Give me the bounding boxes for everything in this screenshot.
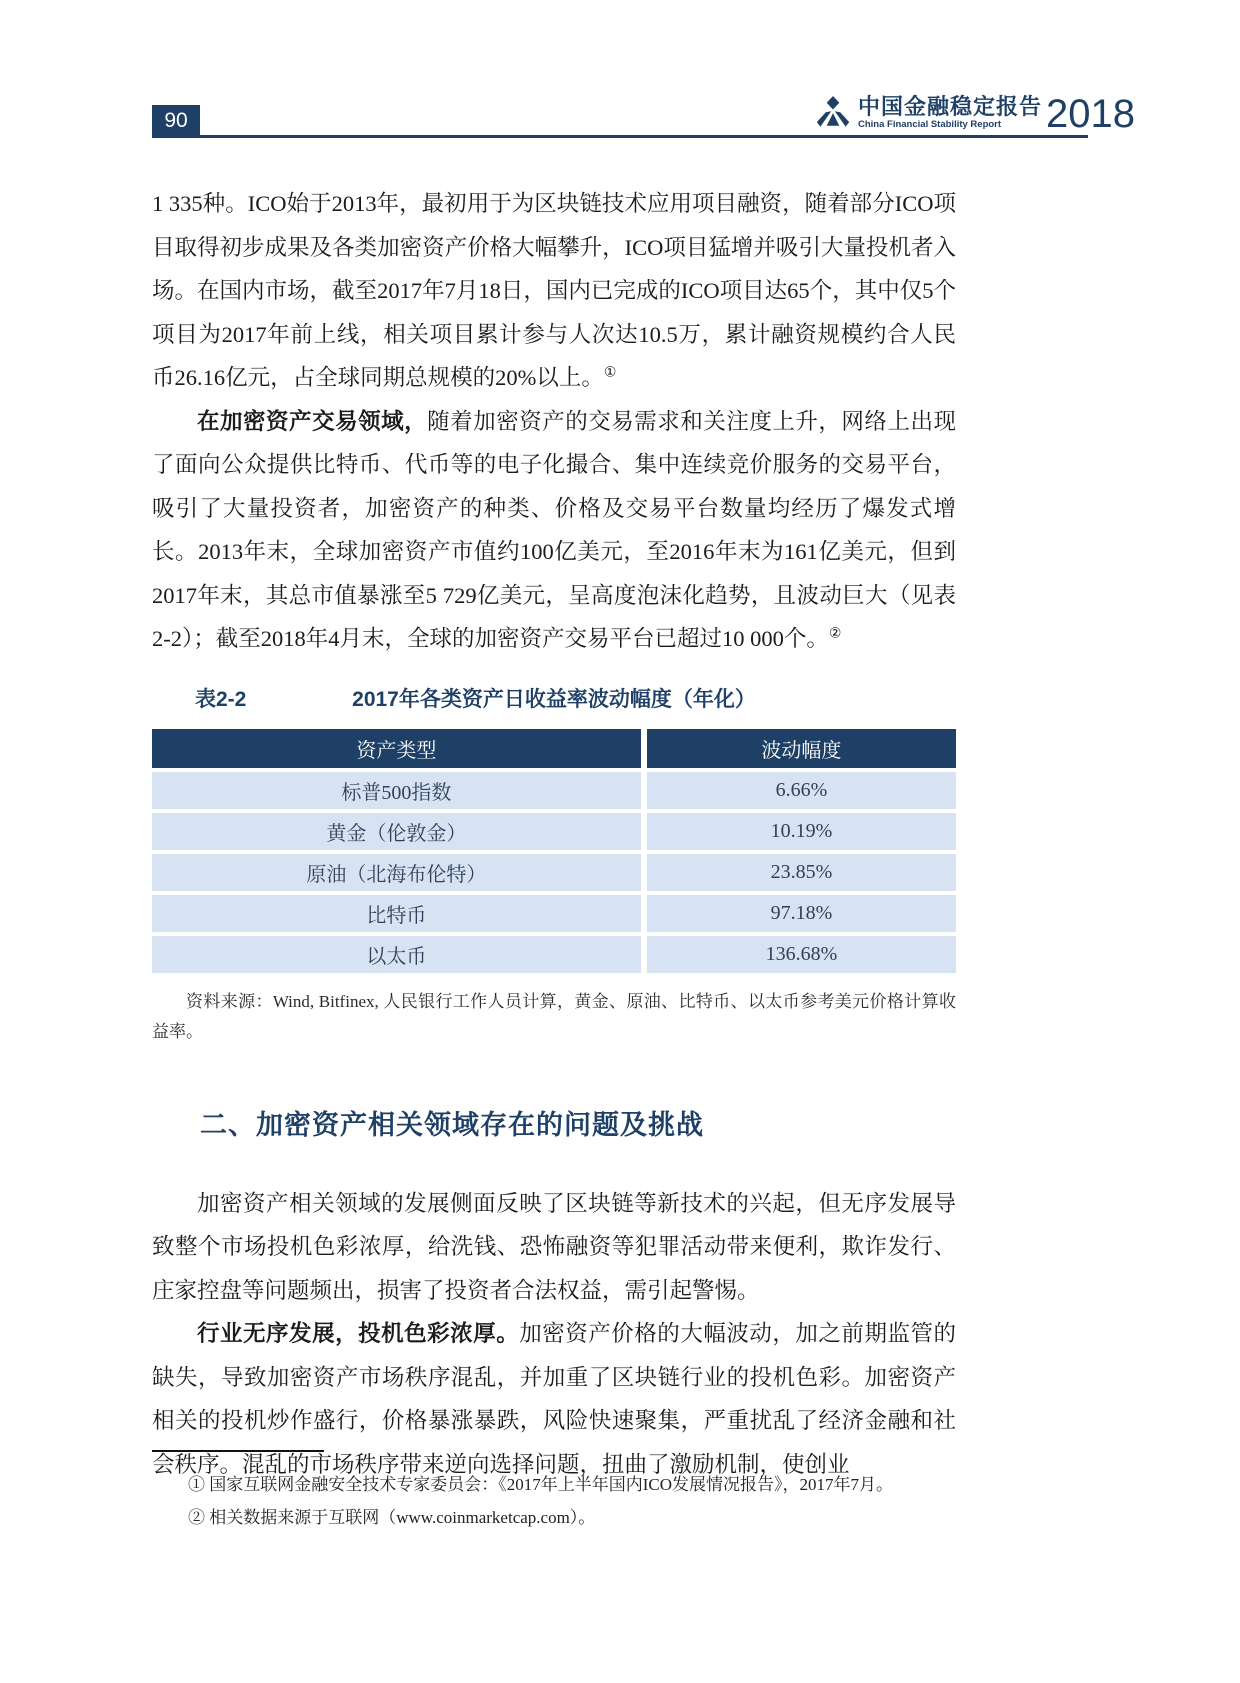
table-header-asset-type: 资产类型: [152, 729, 641, 768]
table-cell-value: 136.68%: [647, 936, 956, 973]
header-rule: [152, 135, 1088, 138]
table-cell-asset: 以太币: [152, 936, 641, 973]
brand-text: 中国金融稳定报告 China Financial Stability Repor…: [858, 95, 1042, 131]
paragraph-ico-text: 1 335种。ICO始于2013年，最初用于为区块链技术应用项目融资，随着部分I…: [152, 191, 956, 390]
section-heading: 二、加密资产相关领域存在的问题及挑战: [200, 1103, 956, 1142]
brand-title-en: China Financial Stability Report: [858, 119, 1042, 131]
footnote-ref-1: ①: [604, 366, 617, 381]
table-cell-value: 6.66%: [647, 772, 956, 809]
table-title: 2017年各类资产日收益率波动幅度（年化）: [352, 688, 756, 711]
paragraph-trading-lead: 在加密资产交易领域，: [197, 409, 427, 434]
table-label: 表2-2: [195, 685, 246, 715]
paragraph-disorder-lead: 行业无序发展，投机色彩浓厚。: [197, 1321, 519, 1346]
table-cell-asset: 原油（北海布伦特）: [152, 854, 641, 891]
brand-year: 2018: [1046, 95, 1135, 133]
paragraph-trading-text: 随着加密资产的交易需求和关注度上升，网络上出现了面向公众提供比特币、代币等的电子…: [152, 409, 956, 652]
page-content: 1 335种。ICO始于2013年，最初用于为区块链技术应用项目融资，随着部分I…: [152, 182, 956, 1486]
table-source-note: 资料来源：Wind, Bitfinex, 人民银行工作人员计算，黄金、原油、比特…: [152, 987, 956, 1047]
paragraph-ico: 1 335种。ICO始于2013年，最初用于为区块链技术应用项目融资，随着部分I…: [152, 182, 956, 400]
report-page: 90 中国金融稳定报告 China Financial Stability Re…: [0, 0, 1240, 1683]
table-cell-value: 97.18%: [647, 895, 956, 932]
table-cell-value: 10.19%: [647, 813, 956, 850]
table-cell-asset: 黄金（伦敦金）: [152, 813, 641, 850]
report-brand: 中国金融稳定报告 China Financial Stability Repor…: [815, 95, 1135, 133]
footnote-ref-2: ②: [829, 627, 842, 642]
table-cell-value: 23.85%: [647, 854, 956, 891]
volatility-table: 资产类型 波动幅度 标普500指数 6.66% 黄金（伦敦金） 10.19% 原…: [152, 729, 956, 973]
table-header-volatility: 波动幅度: [647, 729, 956, 768]
footnotes: ① 国家互联网金融安全技术专家委员会：《2017年上半年国内ICO发展情况报告》…: [152, 1450, 956, 1534]
brand-logo-icon: [815, 95, 851, 133]
table-caption: 表2-2 2017年各类资产日收益率波动幅度（年化）: [152, 685, 956, 715]
table-cell-asset: 比特币: [152, 895, 641, 932]
brand-title-cn: 中国金融稳定报告: [858, 95, 1042, 119]
paragraph-trading: 在加密资产交易领域，随着加密资产的交易需求和关注度上升，网络上出现了面向公众提供…: [152, 400, 956, 661]
paragraph-problems-intro: 加密资产相关领域的发展侧面反映了区块链等新技术的兴起，但无序发展导致整个市场投机…: [152, 1182, 956, 1313]
footnote-1: ① 国家互联网金融安全技术专家委员会：《2017年上半年国内ICO发展情况报告》…: [152, 1468, 956, 1501]
table-cell-asset: 标普500指数: [152, 772, 641, 809]
footnote-2: ② 相关数据来源于互联网（www.coinmarketcap.com）。: [152, 1501, 956, 1534]
page-number: 90: [152, 105, 200, 137]
footnote-separator: [152, 1450, 324, 1452]
